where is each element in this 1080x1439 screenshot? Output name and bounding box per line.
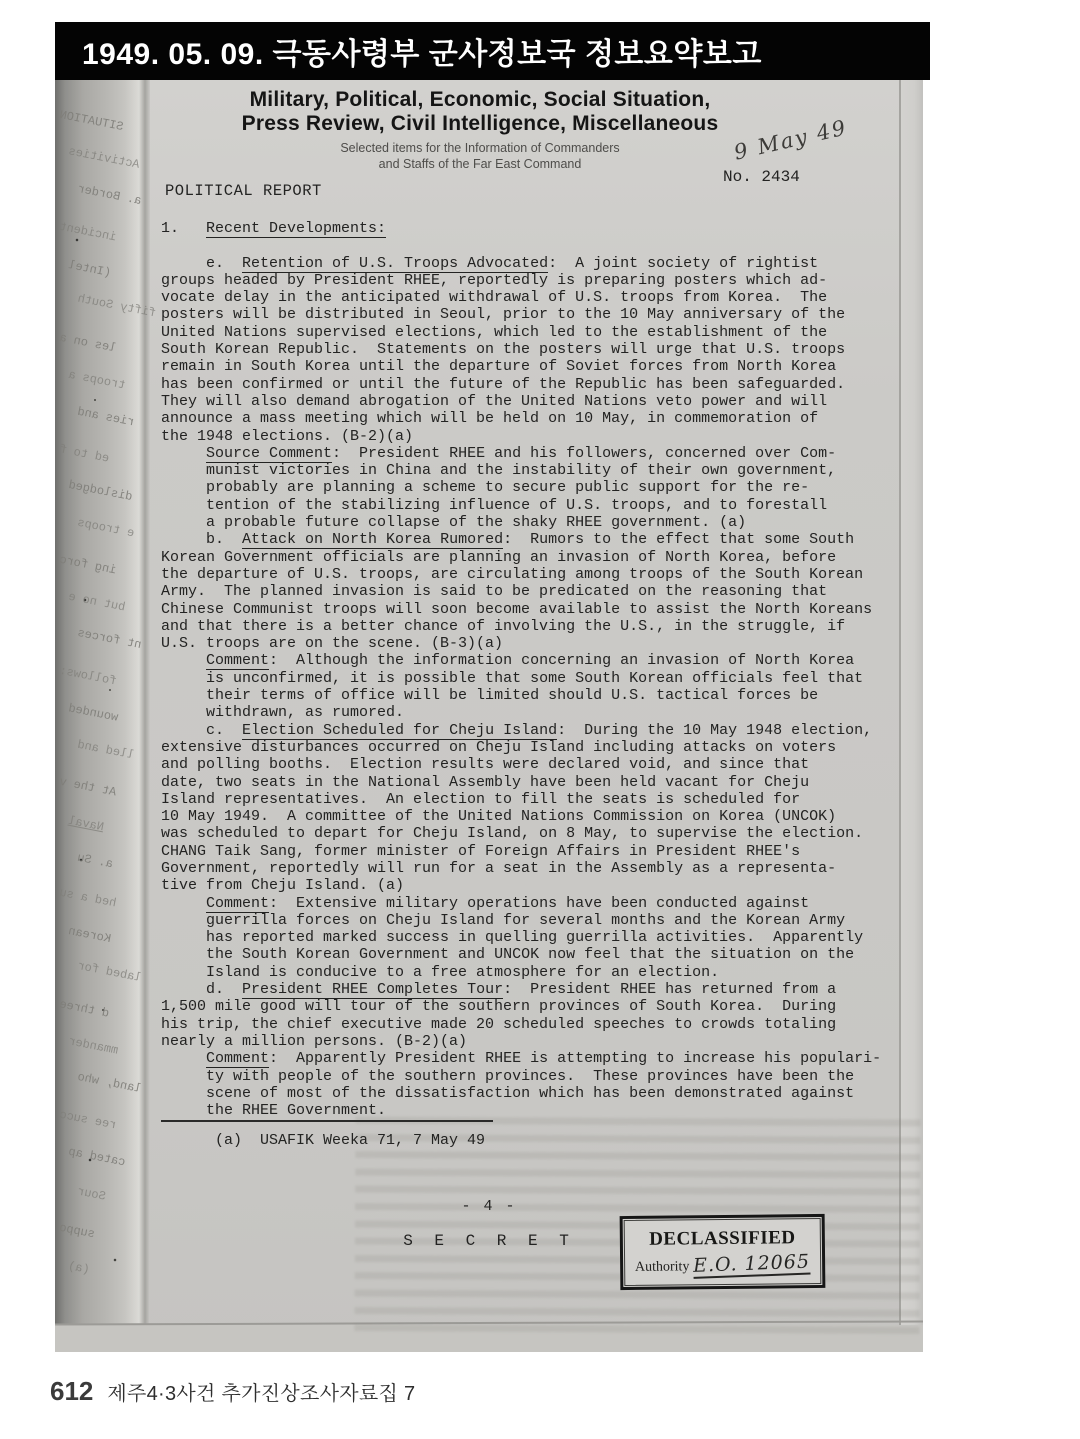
- paragraph-heading: Comment: [206, 895, 269, 913]
- typed-paragraph: b. Attack on North Korea Rumored: Rumors…: [161, 531, 923, 652]
- paragraph-heading: President RHEE Completes Tour: [242, 981, 503, 999]
- book-page-number: 612: [50, 1376, 93, 1407]
- report-number: No. 2434: [723, 168, 800, 186]
- paragraph-label: e.: [161, 255, 242, 272]
- gutter-text-fragment: lled and: [76, 738, 135, 763]
- paragraph-label: [161, 445, 206, 462]
- gutter-text-fragment: labed for: [76, 959, 142, 985]
- gutter-text-fragment: ries and: [76, 405, 135, 430]
- paragraph-label: [161, 895, 206, 912]
- gutter-text-fragment: Naval: [67, 814, 105, 835]
- gutter-text-fragment: ree succ: [58, 1108, 117, 1133]
- masthead-line1: Military, Political, Economic, Social Si…: [55, 88, 905, 112]
- typed-paragraph: Comment: Although the information concer…: [161, 652, 923, 721]
- declassified-stamp: DECLASSIFIED AuthorityE.O. 12065: [620, 1214, 826, 1290]
- typed-paragraph: Comment: Extensive military operations h…: [161, 895, 923, 981]
- gutter-text-fragment: incident: [58, 220, 117, 245]
- gutter-text-fragment: ing forc: [58, 553, 117, 578]
- paragraph-heading: Attack on North Korea Rumored: [242, 531, 503, 549]
- paragraph-heading: Comment: [206, 652, 269, 670]
- paragraph-text: : Apparently President RHEE is attemptin…: [161, 1050, 881, 1119]
- typed-paragraph: Source Comment: President RHEE and his f…: [161, 445, 923, 531]
- typed-paragraph: d. President RHEE Completes Tour: Presid…: [161, 981, 923, 1050]
- stamp-authority-value: E.O. 12065: [693, 1250, 811, 1278]
- typed-body: 1. Recent Developments: e. Retention of …: [161, 220, 923, 1119]
- gutter-text-fragment: hed a su: [58, 886, 117, 911]
- document-scan: SITUATIONActivitiesa. Borderincident(Int…: [55, 80, 923, 1352]
- paragraph-label: [161, 1050, 206, 1067]
- gutter-text-fragment: but no e: [67, 590, 126, 615]
- gutter-text-fragment: Korean: [67, 924, 112, 946]
- paragraph-heading: Recent Developments:: [206, 220, 386, 238]
- gutter-text-fragment: (a): [67, 1259, 91, 1277]
- paragraph-text: : Rumors to the effect that some South K…: [161, 531, 872, 652]
- gutter-text-fragment: wounded: [67, 701, 119, 724]
- book-caption-text: 제주4·3사건 추가진상조사자료집 7: [107, 1377, 415, 1406]
- gutter-text-fragment: cated ap: [67, 1145, 126, 1170]
- gutter-text-fragment: a. Border: [76, 182, 142, 208]
- gutter-text-fragment: a. Su: [76, 851, 114, 872]
- stamp-authority-line: AuthorityE.O. 12065: [635, 1252, 811, 1278]
- gutter-text-fragment: d three: [58, 997, 110, 1020]
- gutter-text-fragment: nt forces: [76, 626, 142, 652]
- paragraph-heading: Retention of U.S. Troops Advocated: [242, 255, 548, 273]
- gutter-text-fragment: dislodged: [67, 478, 133, 504]
- gutter-text-fragment: troops a: [67, 368, 126, 393]
- gutter-text-fragment: At the v: [58, 775, 117, 800]
- stamp-authority-label: Authority: [635, 1259, 690, 1275]
- title-bar: 1949. 05. 09. 극동사령부 군사정보국 정보요약보고: [55, 22, 930, 80]
- masthead: Military, Political, Economic, Social Si…: [55, 88, 905, 136]
- page-number: - 4 -: [55, 1198, 923, 1215]
- paragraph-label: c.: [161, 722, 242, 739]
- gutter-text-fragment: mmander: [67, 1034, 119, 1057]
- book-gutter: SITUATIONActivitiesa. Borderincident(Int…: [55, 80, 150, 1352]
- paragraph-heading: Election Scheduled for Cheju Island: [242, 722, 557, 740]
- footnote: (a) USAFIK Weeka 71, 7 May 49: [161, 1132, 485, 1149]
- gutter-text-fragment: land, who: [76, 1070, 142, 1096]
- paragraph-label: b.: [161, 531, 242, 548]
- paragraph-text: : A joint society of rightist groups hea…: [161, 255, 845, 445]
- gutter-text-fragment: les on a: [58, 331, 117, 356]
- gutter-text-fragment: ed to f: [58, 442, 110, 465]
- paragraph-label: [161, 652, 206, 669]
- gutter-text-fragment: fifty South: [76, 292, 156, 321]
- typed-paragraph: c. Election Scheduled for Cheju Island: …: [161, 722, 923, 895]
- page-title: 1949. 05. 09. 극동사령부 군사정보국 정보요약보고: [55, 29, 762, 73]
- typed-paragraph: e. Retention of U.S. Troops Advocated: A…: [161, 255, 923, 445]
- paragraph-label: d.: [161, 981, 242, 998]
- section-title: POLITICAL REPORT: [165, 182, 322, 200]
- declassified-stamp-inner: DECLASSIFIED AuthorityE.O. 12065: [624, 1218, 822, 1286]
- typed-paragraph: 1. Recent Developments:: [161, 220, 923, 237]
- paragraph-heading: Comment: [206, 1050, 269, 1068]
- paragraph-text: : During the 10 May 1948 election, exten…: [161, 722, 872, 895]
- typed-paragraph: Comment: Apparently President RHEE is at…: [161, 1050, 923, 1119]
- paragraph-heading: Source Comment: [206, 445, 332, 463]
- footnote-rule: [161, 1120, 493, 1122]
- paragraph-label: 1.: [161, 220, 206, 237]
- gutter-text-fragment: (Intel: [67, 258, 112, 280]
- gutter-text-fragment: e troops: [76, 516, 135, 541]
- stamp-declassified-text: DECLASSIFIED: [649, 1227, 796, 1251]
- book-caption: 612 제주4·3사건 추가진상조사자료집 7: [50, 1376, 415, 1407]
- gutter-text-fragment: follows:: [58, 664, 117, 689]
